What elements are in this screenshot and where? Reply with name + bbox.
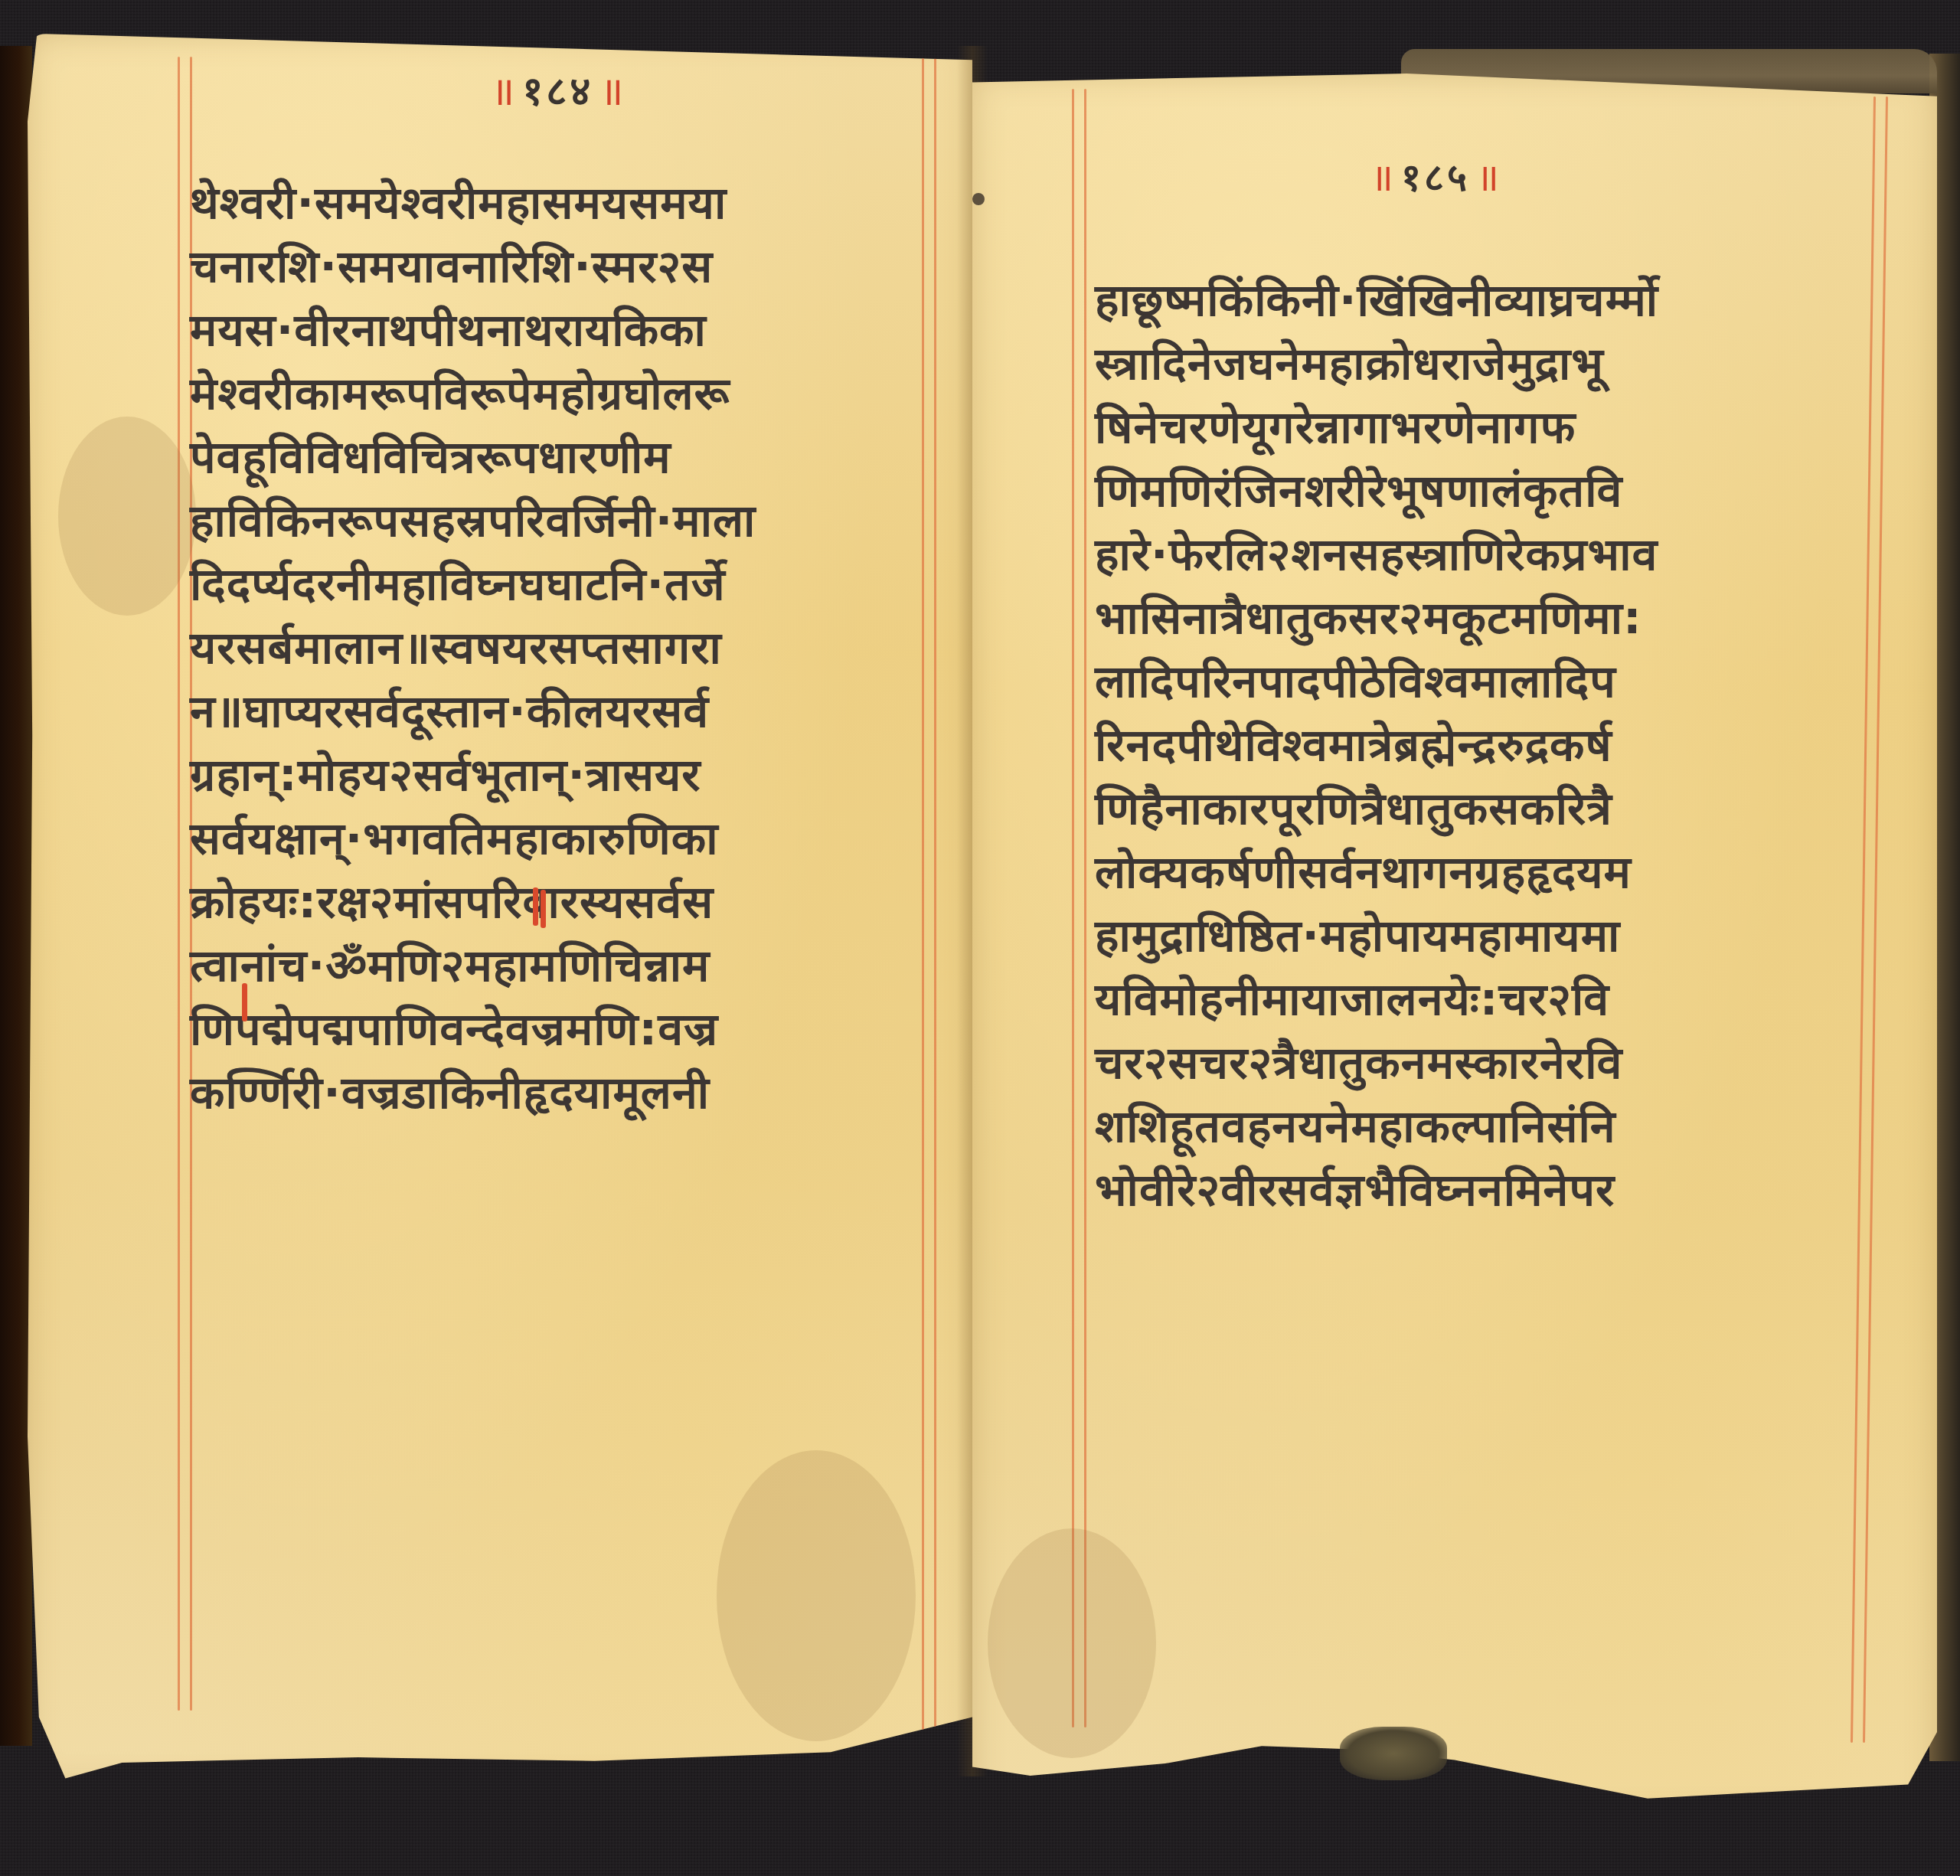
text-line: यरसर्बमालान॥स्वषयरसप्तसागरा xyxy=(190,616,756,680)
folio-number-left: ॥ १८४ ॥ xyxy=(491,63,625,117)
text-line: त्वानांच·ॐमणि२महामणिचिन्नाम xyxy=(190,934,756,998)
paper-stain xyxy=(717,1450,916,1741)
text-line: पेवहूविविधविचित्ररूपधारणीम xyxy=(190,426,756,489)
red-punctuation-mark xyxy=(242,983,247,1021)
left-cover-edge xyxy=(0,46,32,1746)
text-line: सर्वयक्षान्·भगवतिमहाकारुणिका xyxy=(190,807,756,871)
text-line: हामुद्राधिष्ठित·महोपायमहामायमा xyxy=(1095,904,1658,968)
folio-number: १८५ xyxy=(1401,150,1470,202)
text-line: हारे·फेरलि२शनसहस्त्राणिरेकप्रभाव xyxy=(1095,523,1658,587)
folio-number-right: ॥ १८५ ॥ xyxy=(1370,150,1501,202)
folio-bars: ॥ xyxy=(1476,150,1501,202)
left-page-text: थेश्वरी·समयेश्वरीमहासमयसमया चनारशि·समयाव… xyxy=(190,172,745,1125)
text-line: रिनदपीथेविश्वमात्रेब्रह्मेन्द्ररुद्रकर्ष xyxy=(1095,714,1658,777)
red-punctuation-mark xyxy=(533,887,538,926)
text-line: यविमोहनीमायाजालनयेः:चर२वि xyxy=(1095,968,1658,1031)
text-line: चनारशि·समयावनारिशि·स्मर२स xyxy=(190,235,756,299)
text-line: मयस·वीरनाथपीथनाथरायकिका xyxy=(190,299,756,362)
text-line: षिनेचरणेयूगरेन्नागाभरणेनागफ xyxy=(1095,396,1658,459)
binding-hole xyxy=(972,193,985,205)
red-punctuation-mark xyxy=(541,890,546,928)
text-line: शशिहूतवहनयनेमहाकल्पानिसंनि xyxy=(1095,1095,1658,1159)
text-line: भोवीरे२वीरसर्वज्ञभैविघ्ननमिनेपर xyxy=(1095,1159,1658,1222)
text-line: लोक्यकर्षणीसर्वनथागनग्रहहृदयम xyxy=(1095,841,1658,904)
right-margin-rule-outer xyxy=(922,49,924,1734)
text-line: दिदर्प्यदरनीमहाविघ्नघघाटनि·तर्जे xyxy=(190,553,756,616)
right-page-text: हाछूष्मकिंकिनी·खिंखिनीव्याघ्रचर्म्मो स्त… xyxy=(1095,269,1648,1222)
text-line: स्त्रादिनेजघनेमहाक्रोधराजेमुद्राभू xyxy=(1095,332,1658,396)
text-line: न॥घाप्यरसर्वदूस्तान·कीलयरसर्व xyxy=(190,680,756,744)
folio-bars: ॥ xyxy=(491,63,516,117)
text-line: णिमणिरंजिनशरीरेभूषणालंकृतवि xyxy=(1095,459,1658,523)
right-page: ॥ १८५ ॥ हाछूष्मकिंकिनी·खिंखिनीव्याघ्रचर्… xyxy=(972,74,1937,1819)
right-margin-rule-inner xyxy=(934,49,936,1734)
left-margin-rule-inner xyxy=(1084,89,1086,1727)
text-line: थेश्वरी·समयेश्वरीमहासमयसमया xyxy=(190,172,756,235)
paper-stain xyxy=(988,1528,1156,1758)
text-line: मेश्वरीकामरूपविरूपेमहोग्रघोलरू xyxy=(190,362,756,426)
folio-bars: ॥ xyxy=(599,63,625,117)
text-line: णिपद्मेपद्मपाणिवन्देवज्रमणि:वज्र xyxy=(190,998,756,1061)
left-margin-rule-outer xyxy=(1072,89,1074,1727)
right-margin-rule-outer xyxy=(1851,96,1876,1743)
text-line: कर्ण्णिरी·वज्रडाकिनीहृदयामूलनी xyxy=(190,1061,756,1125)
folio-bars: ॥ xyxy=(1370,150,1395,202)
left-margin-rule-outer xyxy=(178,57,180,1711)
text-line: हाछूष्मकिंकिनी·खिंखिनीव्याघ्रचर्म्मो xyxy=(1095,269,1658,332)
right-margin-rule-inner xyxy=(1863,96,1888,1743)
text-line: णिहैनाकारपूरणित्रैधातुकसकरित्रै xyxy=(1095,777,1658,841)
folio-number: १८४ xyxy=(522,63,593,117)
left-page: ॥ १८४ ॥ थेश्वरी·समयेश्वरीमहासमयसमया चनार… xyxy=(28,34,972,1787)
text-line: चर२सचर२त्रैधातुकनमस्कारनेरवि xyxy=(1095,1031,1658,1095)
text-line: भासिनात्रैधातुकसर२मकूटमणिमा: xyxy=(1095,587,1658,650)
text-line: हाविकिनरूपसहस्रपरिवर्जिनी·माला xyxy=(190,489,756,553)
frayed-binding-thread xyxy=(1340,1727,1447,1780)
text-line: क्रोहयः:रक्ष२मांसपरिवारस्यसर्वस xyxy=(190,871,756,934)
text-line: ग्रहान्:मोहय२सर्वभूतान्·त्रासयर xyxy=(190,744,756,807)
text-line: लादिपरिनपादपीठेविश्वमालादिप xyxy=(1095,650,1658,714)
paper-stain xyxy=(58,417,196,616)
